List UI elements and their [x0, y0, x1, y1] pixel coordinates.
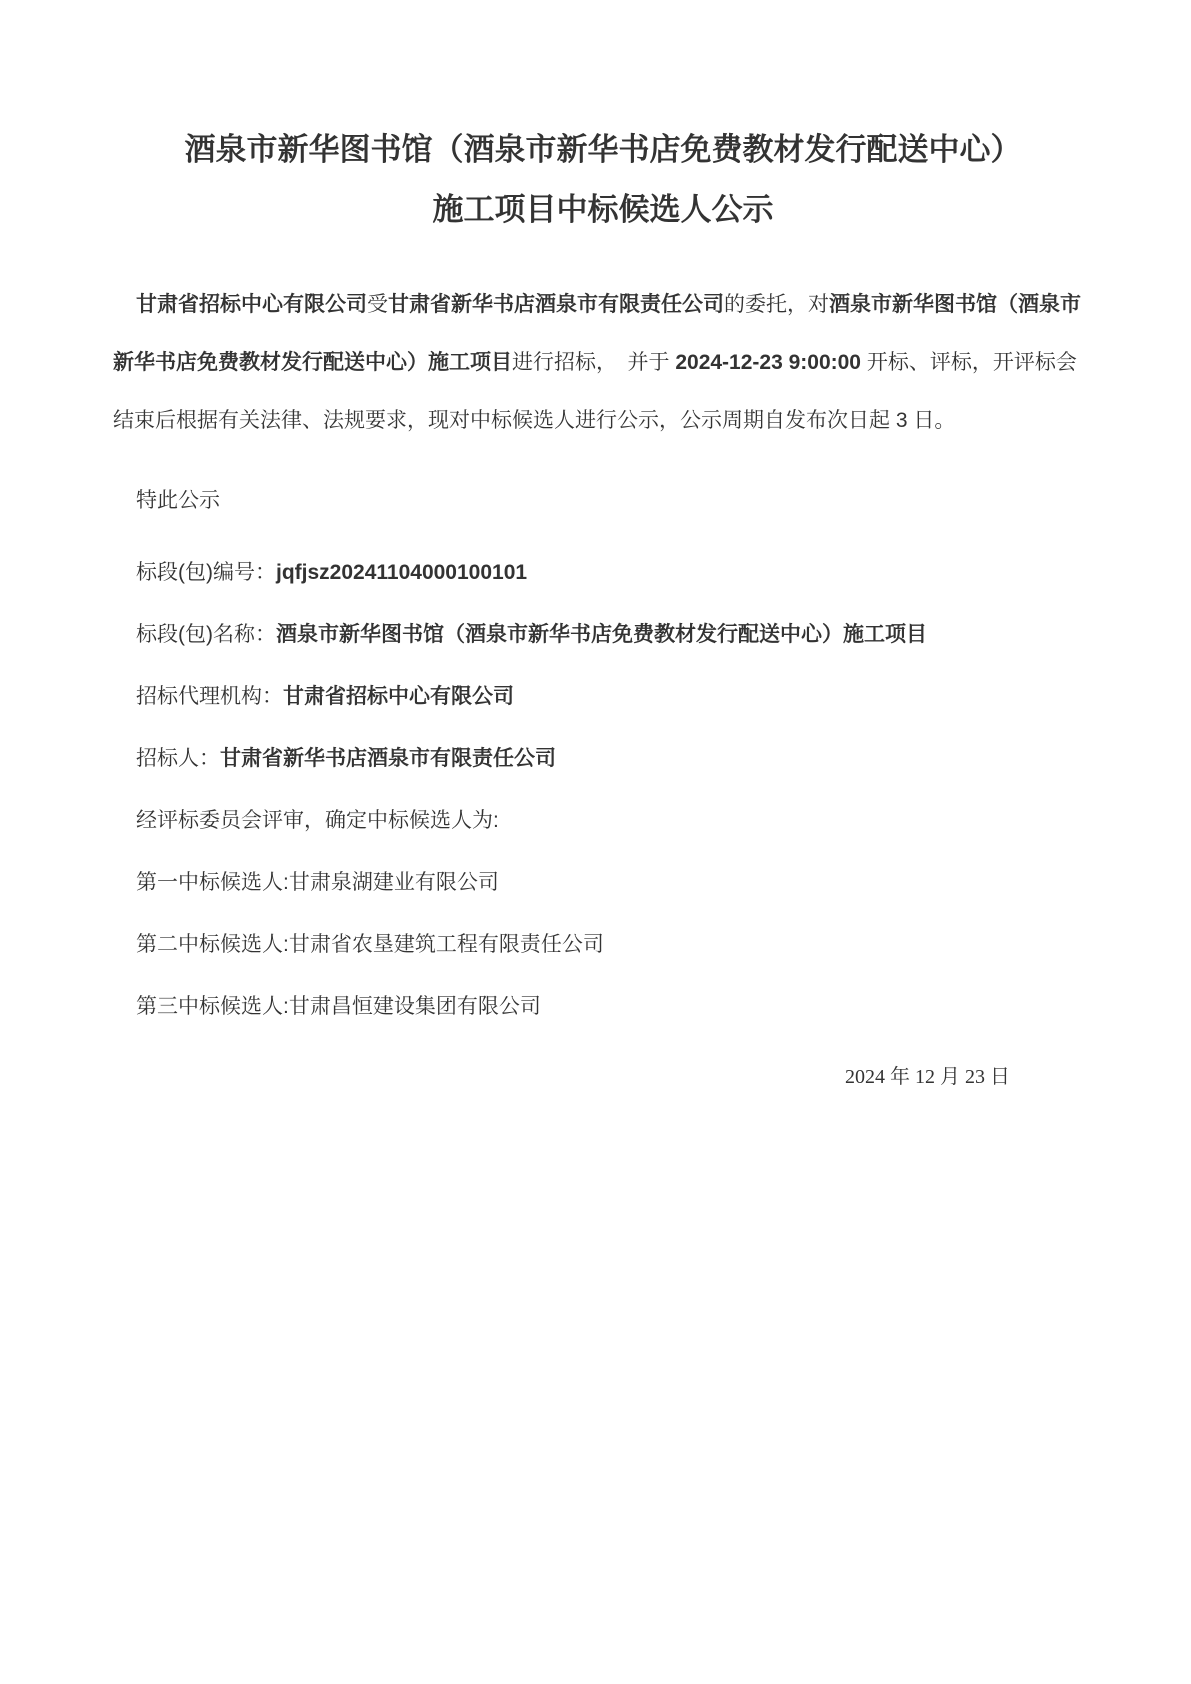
field-bid-name-value: 酒泉市新华图书馆（酒泉市新华书店免费教材发行配送中心）施工项目	[276, 623, 927, 646]
intro-datetime: 2024-12-23 9:00:00	[675, 351, 861, 374]
candidate-2-name: 甘肃省农垦建筑工程有限责任公司	[289, 933, 604, 956]
publish-date: 2024 年 12 月 23 日	[113, 1046, 1093, 1108]
field-agency: 招标代理机构：甘肃省招标中心有限公司	[113, 666, 1093, 728]
candidate-3-label: 第三中标候选人:	[136, 995, 289, 1018]
intro-tender: 进行招标， 并于	[512, 351, 675, 374]
page-title: 酒泉市新华图书馆（酒泉市新华书店免费教材发行配送中心） 施工项目中标候选人公示	[113, 120, 1093, 240]
notice-line: 特此公示	[113, 470, 1093, 532]
intro-paragraph: 甘肃省招标中心有限公司受甘肃省新华书店酒泉市有限责任公司的委托，对酒泉市新华图书…	[113, 276, 1093, 450]
intro-entrust: 的委托，对	[724, 293, 829, 316]
field-bid-number-label: 标段(包)编号：	[136, 561, 276, 584]
field-bid-name: 标段(包)名称：酒泉市新华图书馆（酒泉市新华书店免费教材发行配送中心）施工项目	[113, 604, 1093, 666]
field-tenderee-value: 甘肃省新华书店酒泉市有限责任公司	[220, 747, 556, 770]
candidate-1-label: 第一中标候选人:	[136, 871, 289, 894]
page-title-line2: 施工项目中标候选人公示	[113, 180, 1093, 240]
candidate-line-1: 第一中标候选人:甘肃泉湖建业有限公司	[113, 852, 1093, 914]
field-agency-label: 招标代理机构：	[136, 685, 283, 708]
review-line: 经评标委员会评审，确定中标候选人为:	[113, 790, 1093, 852]
intro-agency: 甘肃省招标中心有限公司	[136, 293, 367, 316]
field-bid-name-label: 标段(包)名称：	[136, 623, 276, 646]
candidates-list: 第一中标候选人:甘肃泉湖建业有限公司 第二中标候选人:甘肃省农垦建筑工程有限责任…	[113, 852, 1093, 1038]
fields-group: 标段(包)编号：jqfjsz20241104000100101 标段(包)名称：…	[113, 542, 1093, 790]
field-tenderee: 招标人：甘肃省新华书店酒泉市有限责任公司	[113, 728, 1093, 790]
document-page: 酒泉市新华图书馆（酒泉市新华书店免费教材发行配送中心） 施工项目中标候选人公示 …	[0, 0, 1191, 1684]
candidate-line-3: 第三中标候选人:甘肃昌恒建设集团有限公司	[113, 976, 1093, 1038]
page-title-line1: 酒泉市新华图书馆（酒泉市新华书店免费教材发行配送中心）	[113, 120, 1093, 180]
candidate-3-name: 甘肃昌恒建设集团有限公司	[289, 995, 541, 1018]
candidate-2-label: 第二中标候选人:	[136, 933, 289, 956]
intro-receive: 受	[367, 293, 388, 316]
candidate-1-name: 甘肃泉湖建业有限公司	[289, 871, 499, 894]
field-bid-number: 标段(包)编号：jqfjsz20241104000100101	[113, 542, 1093, 604]
field-agency-value: 甘肃省招标中心有限公司	[283, 685, 514, 708]
field-tenderee-label: 招标人：	[136, 747, 220, 770]
candidate-line-2: 第二中标候选人:甘肃省农垦建筑工程有限责任公司	[113, 914, 1093, 976]
intro-owner: 甘肃省新华书店酒泉市有限责任公司	[388, 293, 724, 316]
field-bid-number-value: jqfjsz20241104000100101	[276, 561, 527, 584]
